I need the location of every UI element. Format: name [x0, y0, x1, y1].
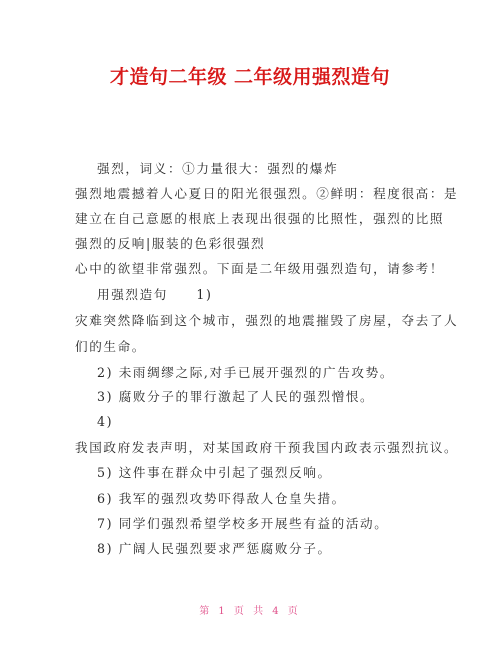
body-line-5: 心中的欲望非常强烈。下面是二年级用强烈造句，请参考！	[75, 261, 444, 277]
body-line-6: 用强烈造句 1)	[97, 287, 212, 303]
body-line-4: 强烈的反响|服装的色彩很强烈	[75, 236, 265, 252]
sentence-3: 3) 腐败分子的罪行激起了人民的强烈憎恨。	[97, 389, 374, 405]
body-line-8: 们的生命。	[75, 339, 146, 355]
body-line-2: 强烈地震撼着人心夏日的阳光很强烈。②鲜明：程度很高：是	[75, 186, 458, 202]
sentence-6: 6) 我军的强烈攻势吓得敌人仓皇失措。	[97, 491, 346, 507]
page-number-footer: 第 1 页 共 4 页	[0, 602, 500, 617]
sentence-8: 8) 广阔人民强烈要求严惩腐败分子。	[97, 541, 332, 557]
sentence-2: 2) 未雨绸缪之际,对手已展开强烈的广告攻势。	[97, 365, 394, 381]
document-title: 才造句二年级 二年级用强烈造句	[0, 62, 500, 89]
sentence-4-label: 4)	[97, 414, 113, 430]
body-line-1: 强烈，词义：①力量很大：强烈的爆炸	[97, 161, 338, 177]
sentence-5: 5) 这件事在群众中引起了强烈反响。	[97, 465, 332, 481]
sentence-4: 我国政府发表声明，对某国政府干预我国内政表示强烈抗议。	[75, 440, 458, 456]
body-line-7: 灾难突然降临到这个城市，强烈的地震摧毁了房屋，夺去了人	[75, 313, 458, 329]
body-line-3: 建立在自己意愿的根底上表现出很强的比照性，强烈的比照	[75, 211, 444, 227]
sentence-7: 7) 同学们强烈希望学校多开展些有益的活动。	[97, 516, 388, 532]
